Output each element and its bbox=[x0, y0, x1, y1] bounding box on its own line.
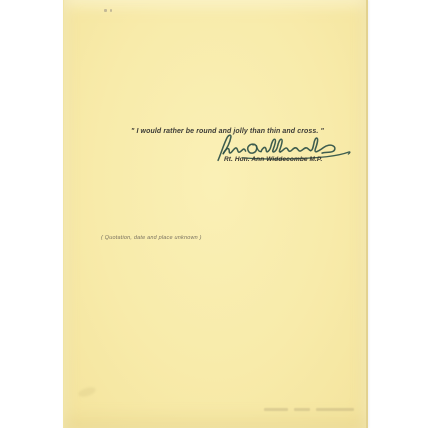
scanned-photo: " I would rather be round and jolly than… bbox=[0, 0, 428, 428]
annotation-text: ( Quotation, date and place unknown ) bbox=[101, 235, 202, 241]
printed-name-text: Rt. Hon. Ann Widdecombe M.P. bbox=[224, 156, 340, 163]
autograph-paper: " I would rather be round and jolly than… bbox=[63, 0, 368, 428]
faint-footer-print bbox=[264, 407, 360, 413]
staple-mark bbox=[104, 9, 113, 12]
scan-smudge bbox=[77, 385, 97, 398]
